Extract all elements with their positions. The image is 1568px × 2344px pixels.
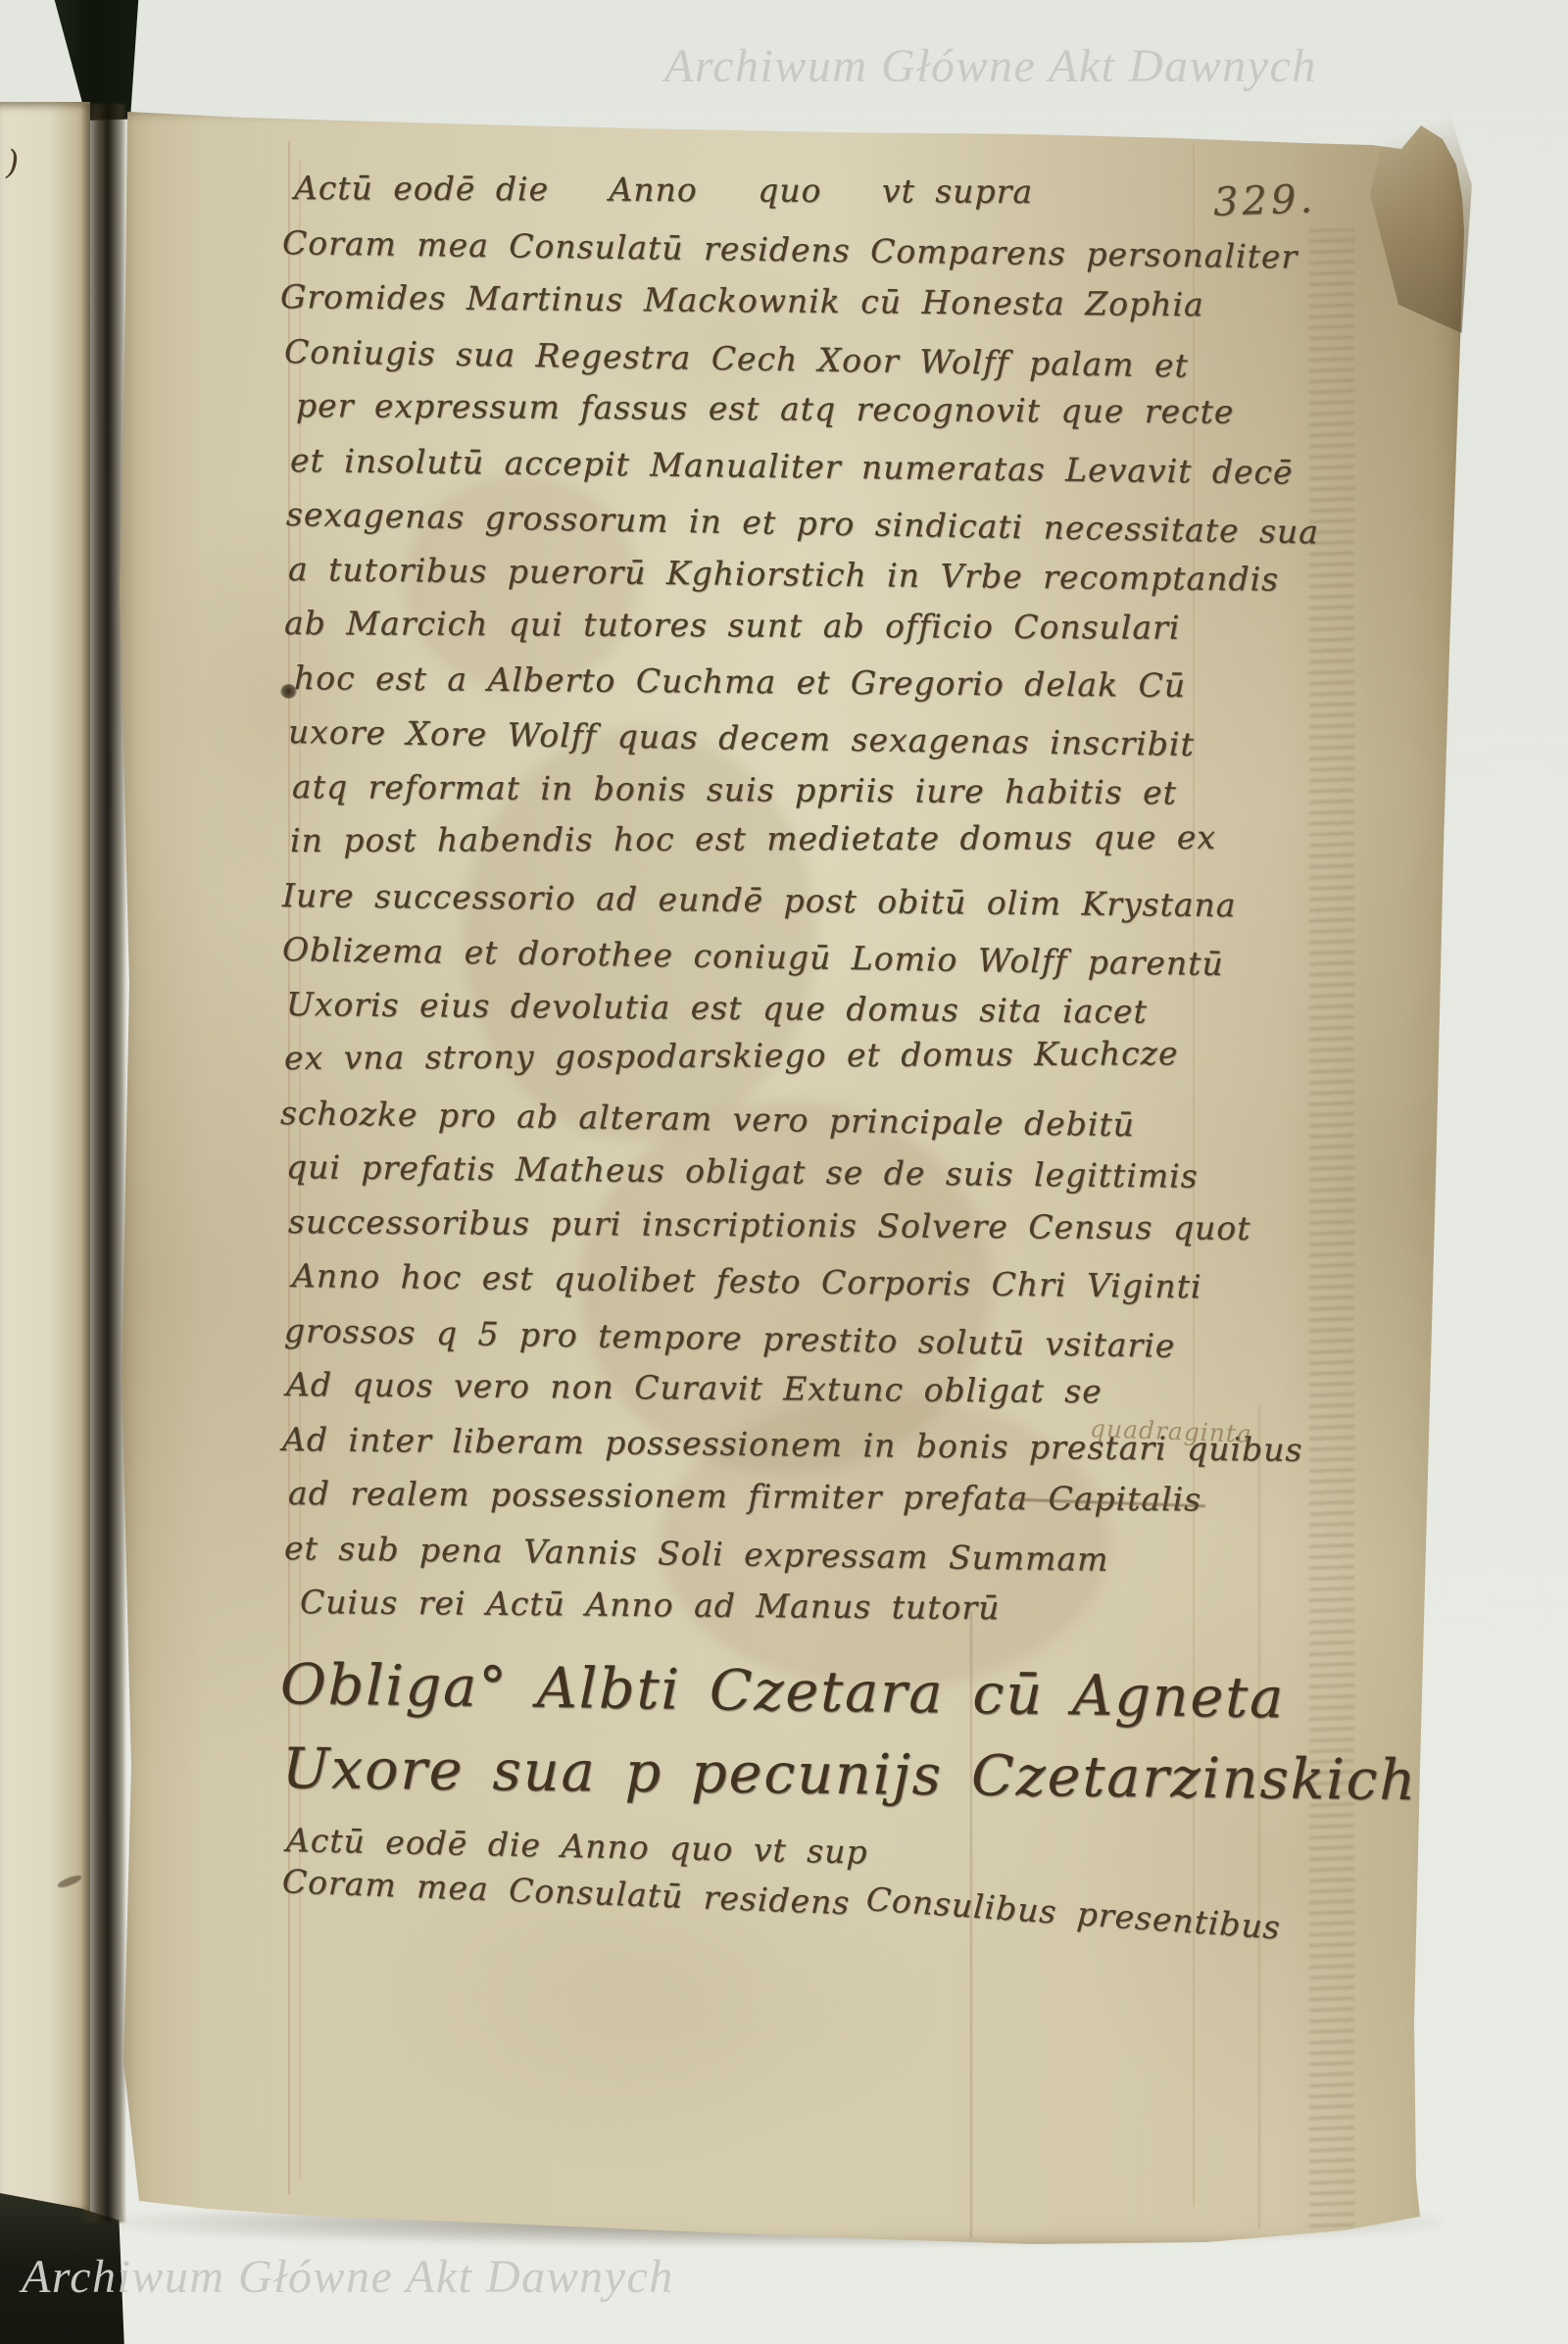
handwriting-line: successoribus puri inscriptionis Solvere… <box>288 1202 1251 1247</box>
crease-line <box>1258 1405 1260 2228</box>
ink-mark-left-page: ) <box>6 143 19 182</box>
handwriting-line: Uxoris eius devolutia est que domus sita… <box>286 985 1148 1031</box>
handwriting-line: Actū eodē die Anno quo vt supra <box>294 169 1033 211</box>
handwriting-line: Gromides Martinus Mackownik cū Honesta Z… <box>280 277 1204 323</box>
ink-blot <box>280 684 297 699</box>
handwriting-line: atq reformat in bonis suis ppriis iure h… <box>292 767 1177 811</box>
previous-page-edge <box>0 102 90 2217</box>
handwriting-line: ab Marcich qui tutores sunt ab officio C… <box>284 604 1181 647</box>
marginal-note: quadraginta <box>1090 1414 1253 1448</box>
archive-watermark-bottom: Archiwum Główne Akt Dawnych <box>22 2250 674 2304</box>
handwriting-line: ad realem possessionem firmiter prefata … <box>288 1474 1201 1519</box>
handwriting-line: Ad quos vero non Curavit Extunc obligat … <box>286 1365 1102 1410</box>
gutter-shadow <box>82 104 125 2222</box>
archive-watermark-top: Archiwum Główne Akt Dawnych <box>664 39 1317 93</box>
handwriting-line: per expressum fassus est atq recognovit … <box>296 386 1235 431</box>
handwriting-line: ex vna strony gospodarskiego et domus Ku… <box>284 1034 1179 1077</box>
scanned-manuscript: Actū eodē die Anno quo vt supra Coram me… <box>0 0 1568 2344</box>
handwriting-line: in post habendis hoc est medietate domus… <box>290 818 1216 859</box>
handwriting-line: Cuius rei Actū Anno ad Manus tutorū <box>300 1583 1001 1627</box>
entry-heading-line-2: Uxore sua p pecunijs Czetarzinskich <box>282 1736 1418 1813</box>
page-number: 329. <box>1212 176 1317 225</box>
handwriting-line: hoc est a Alberto Cuchma et Gregorio del… <box>294 659 1186 705</box>
